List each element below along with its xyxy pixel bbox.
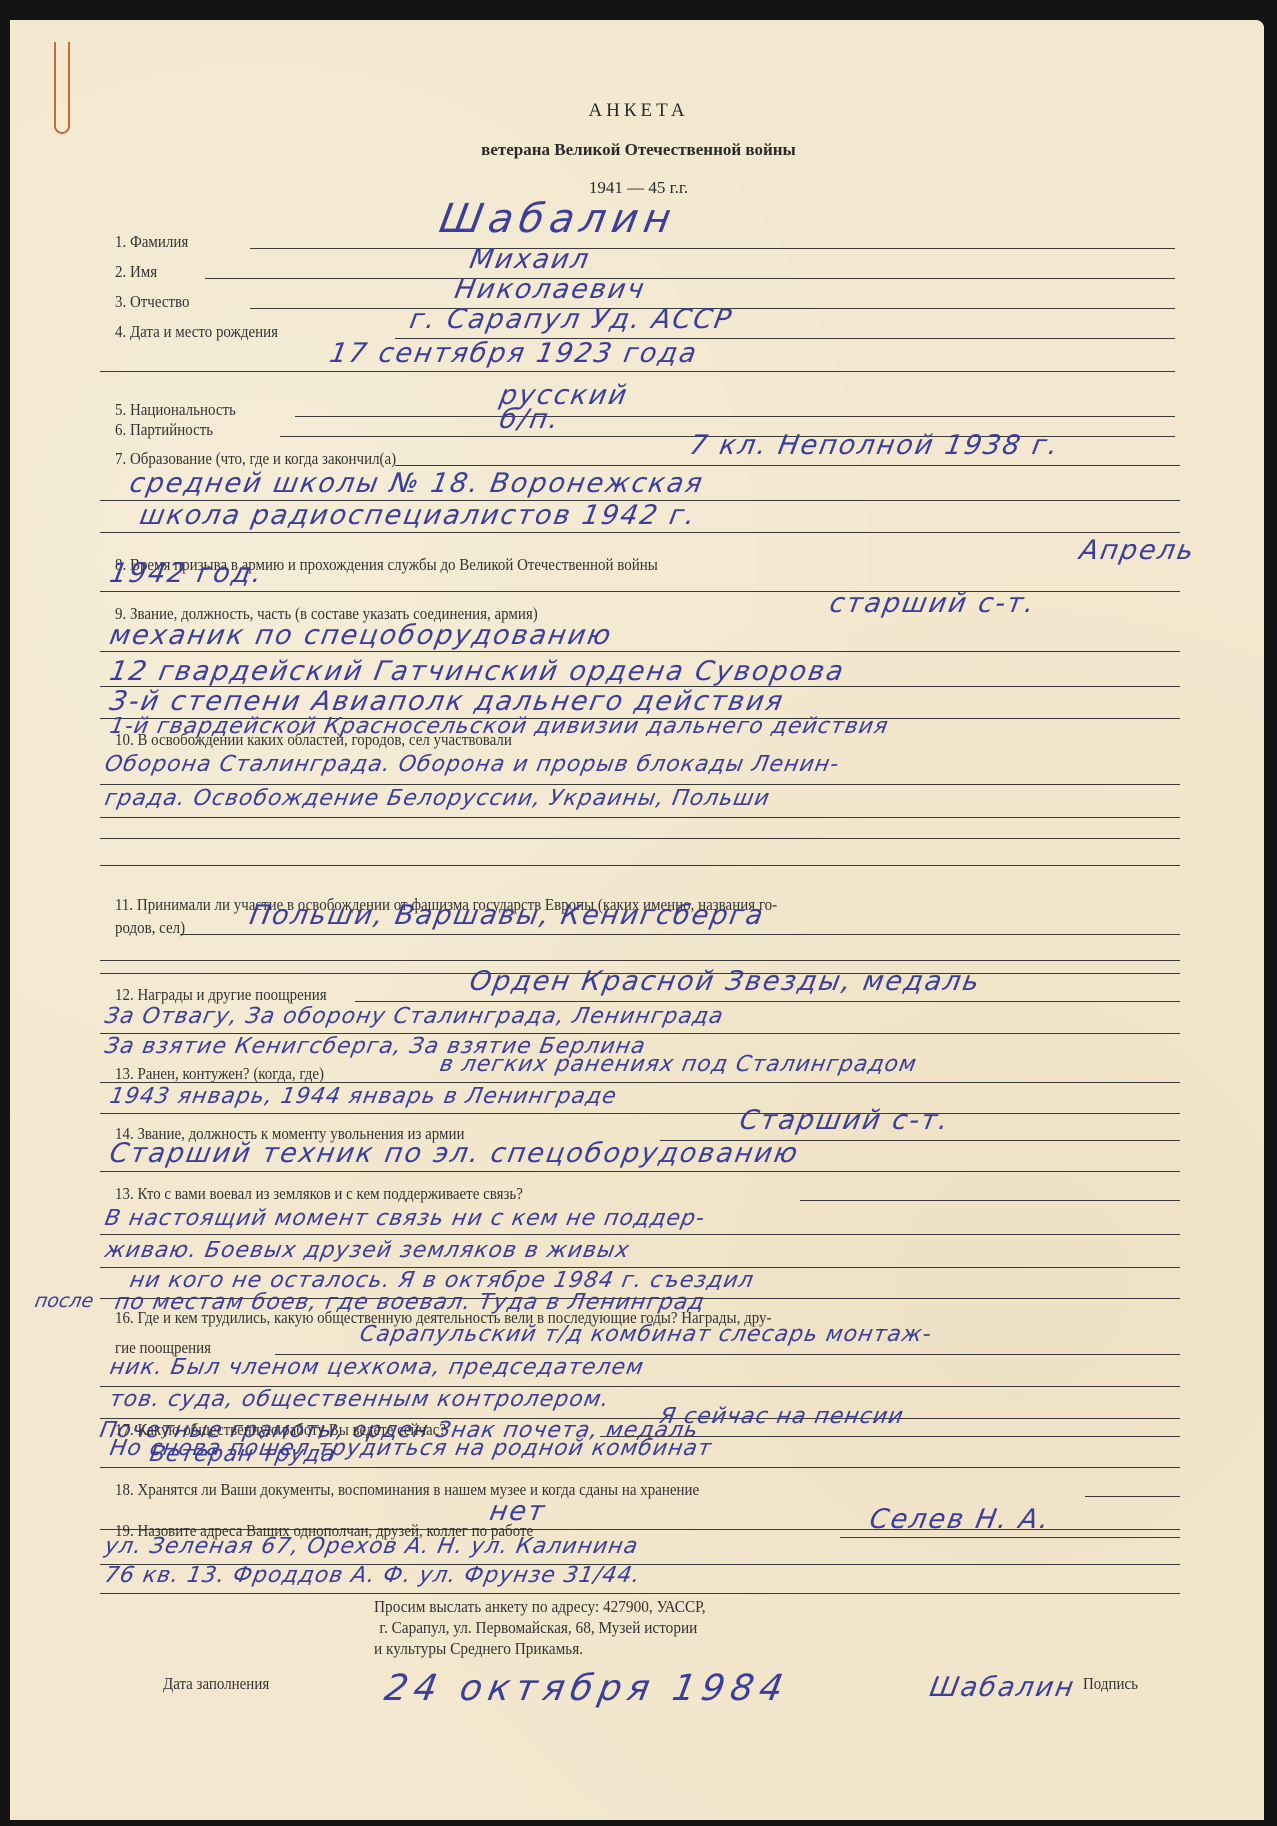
field-11-line-2: [100, 960, 1180, 961]
field-12-line: [355, 1001, 1180, 1002]
field-14-line-2: [100, 1171, 1180, 1172]
field-8-answer-1: Апрель: [1077, 535, 1198, 566]
field-19-answer-3: 76 кв. 13. Фроддов А. Ф. ул. Фрунзе 31/4…: [103, 1563, 643, 1588]
field-7-label: 7. Образование (что, где и когда закончи…: [115, 449, 396, 469]
address-line-1: Просим выслать анкету по адресу: 427900,…: [374, 1596, 706, 1617]
field-3-answer: Николаевич: [452, 274, 648, 305]
field-18-line: [1085, 1496, 1180, 1497]
field-10-line-2: [100, 817, 1180, 818]
field-18-label: 18. Хранятся ли Ваши документы, воспомин…: [115, 1480, 699, 1500]
signature: Шабалин: [927, 1672, 1078, 1703]
field-11-label-cont: родов, сел): [115, 918, 185, 938]
field-9-answer-4: 3-й степени Авиаполк дальнего действия: [107, 686, 787, 717]
field-10-answer-2: града. Освобождение Белоруссии, Украины,…: [103, 786, 772, 811]
field-16-answer-2: ник. Был членом цехкома, председателем: [108, 1355, 646, 1380]
field-2-line: [205, 278, 1175, 279]
document-subtitle: ветерана Великой Отечественной войны: [0, 140, 1277, 160]
field-5-line: [295, 416, 1175, 417]
field-10-label: 10. В освобождении каких областей, город…: [115, 730, 512, 750]
field-2-answer: Михаил: [467, 244, 593, 275]
field-10-line-4: [100, 865, 1180, 866]
museum-address-block: Просим выслать анкету по адресу: 427900,…: [374, 1596, 742, 1659]
field-17-answer-2: Но снова пошел трудиться на родной комби…: [108, 1436, 714, 1461]
field-14-answer-2: Старший техник по эл. спецоборудованию: [107, 1138, 801, 1169]
field-15-answer-2: живаю. Боевых друзей земляков в живых: [103, 1238, 632, 1263]
field-11-answer: Польши, Варшавы, Кенигсберга: [247, 900, 767, 931]
field-1-line: [250, 248, 1175, 249]
field-6-answer: б/п.: [497, 404, 562, 435]
date-value: 24 октября 1984: [381, 1668, 792, 1709]
field-16-answer-1: Сарапульский т/д комбинат слесарь монтаж…: [358, 1322, 934, 1347]
address-line-2: г. Сарапул, ул. Первомайская, 68, Музей …: [374, 1617, 706, 1638]
field-4-line-2: [100, 371, 1175, 372]
field-7-line-3: [100, 532, 1180, 533]
field-19-line: [840, 1537, 1180, 1538]
date-label: Дата заполнения: [163, 1674, 269, 1694]
field-15-line-2: [100, 1234, 1180, 1235]
field-13-line: [100, 1082, 1180, 1083]
field-15-answer-1: В настоящий момент связь ни с кем не под…: [103, 1206, 707, 1231]
field-9-answer-2: механик по спецоборудованию: [107, 620, 615, 651]
document-years: 1941 — 45 г.г.: [0, 178, 1277, 198]
field-7-answer-2: средней школы № 18. Воронежская: [127, 468, 706, 499]
field-15-line: [800, 1200, 1180, 1201]
field-9-line-2: [100, 651, 1180, 652]
field-9-answer-1: старший с-т.: [827, 588, 1038, 619]
field-4-answer-1: г. Сарапул Уд. АССР: [407, 304, 735, 335]
field-4-label: 4. Дата и место рождения: [115, 322, 278, 342]
field-10-line-3: [100, 838, 1180, 839]
field-10-answer-1: Оборона Сталинграда. Оборона и прорыв бл…: [103, 752, 842, 777]
field-10-line-1: [100, 784, 1180, 785]
field-3-label: 3. Отчество: [115, 292, 189, 312]
signature-label: Подпись: [1083, 1674, 1138, 1694]
field-19-line-3: [100, 1593, 1180, 1594]
field-12-answer-1: Орден Красной Звезды, медаль: [467, 966, 983, 997]
field-6-label: 6. Партийность: [115, 420, 213, 440]
field-12-answer-2: За Отвагу, За оборону Сталинграда, Ленин…: [103, 1004, 726, 1029]
field-13-answer-1: в легких ранениях под Сталинградом: [438, 1052, 919, 1077]
field-8-answer-2: 1942 год.: [107, 558, 266, 589]
field-17-line-2: [100, 1467, 1180, 1468]
field-11-line: [180, 934, 1180, 935]
document-title: АНКЕТА: [0, 100, 1277, 122]
field-13-line-2: [100, 1113, 1180, 1114]
field-14-answer-1: Старший с-т.: [737, 1105, 952, 1136]
field-1-label: 1. Фамилия: [115, 232, 188, 252]
field-1-answer: Шабалин: [436, 196, 680, 242]
field-12-label: 12. Награды и другие поощрения: [115, 985, 327, 1005]
field-5-label: 5. Национальность: [115, 400, 236, 420]
field-16-margin-note: после: [33, 1290, 95, 1312]
field-16-answer-3: тов. суда, общественным контролером.: [108, 1387, 612, 1412]
field-13-label: 13. Ранен, контужен? (когда, где): [115, 1064, 324, 1084]
field-19-answer-2: ул. Зеленая 67, Орехов А. Н. ул. Калинин…: [103, 1534, 641, 1559]
field-19-answer-1: Селев Н. А.: [867, 1504, 1053, 1535]
field-7-answer-1: 7 кл. Неполной 1938 г.: [687, 430, 1062, 461]
field-4-answer-2: 17 сентября 1923 года: [327, 338, 700, 369]
field-9-answer-3: 12 гвардейский Гатчинский ордена Суворов…: [107, 656, 847, 687]
field-2-label: 2. Имя: [115, 262, 157, 282]
field-17-answer-1: Я сейчас на пенсии: [658, 1404, 906, 1429]
address-line-3: и культуры Среднего Прикамья.: [374, 1638, 706, 1659]
field-13-answer-2: 1943 январь, 1944 январь в Ленинграде: [108, 1084, 619, 1109]
field-15-label: 13. Кто с вами воевал из земляков и с ке…: [115, 1184, 523, 1204]
field-7-line: [395, 465, 1180, 466]
field-7-answer-3: школа радиоспециалистов 1942 г.: [137, 500, 699, 531]
